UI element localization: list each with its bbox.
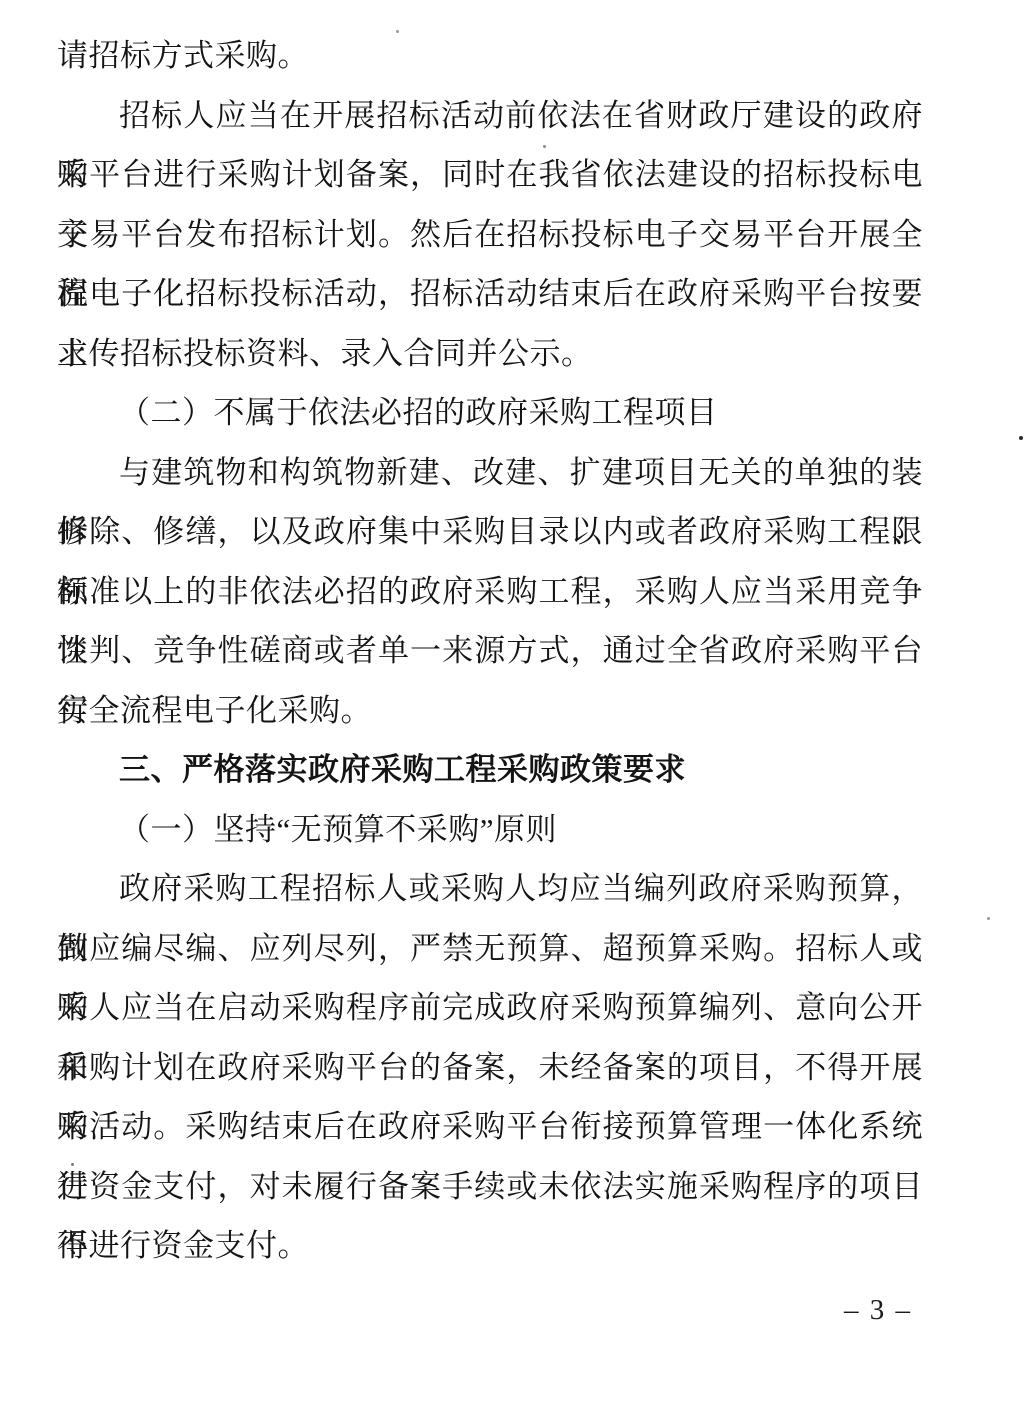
text-line: 交易平台发布招标计划。然后在招标投标电子交易平台开展全流: [57, 205, 923, 265]
text-line: 购活动。采购结束后在政府采购平台衔接预算管理一体化系统进: [57, 1097, 923, 1157]
document-body: 请招标方式采购。招标人应当在开展招标活动前依法在省财政厅建设的政府采购平台进行采…: [57, 26, 923, 1276]
text-line: 标准以上的非依法必招的政府采购工程，采购人应当采用竞争性: [57, 562, 923, 622]
text-line: 请招标方式采购。: [57, 26, 923, 86]
text-line: 招标人应当在开展招标活动前依法在省财政厅建设的政府采: [57, 86, 923, 146]
text-line: 购人应当在启动采购程序前完成政府采购预算编列、意向公开和: [57, 978, 923, 1038]
text-line: 政府采购工程招标人或采购人均应当编列政府采购预算，做: [57, 859, 923, 919]
scan-speck: [71, 1163, 74, 1166]
text-line: 上传招标投标资料、录入合同并公示。: [57, 324, 923, 384]
document-page: 请招标方式采购。招标人应当在开展招标活动前依法在省财政厅建设的政府采购平台进行采…: [0, 0, 1028, 1410]
scan-speck: [543, 145, 546, 148]
text-line: 到应编尽编、应列尽列，严禁无预算、超预算采购。招标人或采: [57, 919, 923, 979]
text-line: 得进行资金支付。: [57, 1216, 923, 1276]
text-line: 拆除、修缮，以及政府集中采购目录以内或者政府采购工程限额: [57, 502, 923, 562]
scan-speck: [396, 30, 399, 33]
text-line: 行资金支付，对未履行备案手续或未依法实施采购程序的项目不: [57, 1157, 923, 1217]
text-line: （一）坚持“无预算不采购”原则: [57, 800, 923, 860]
text-line: 行全流程电子化采购。: [57, 681, 923, 741]
text-line: 谈判、竞争性磋商或者单一来源方式，通过全省政府采购平台实: [57, 621, 923, 681]
heading-line: 三、严格落实政府采购工程采购政策要求: [57, 740, 923, 800]
text-line: （二）不属于依法必招的政府采购工程项目: [57, 383, 923, 443]
scan-speck: [1019, 436, 1023, 440]
text-line: 与建筑物和构筑物新建、改建、扩建项目无关的单独的装修、: [57, 443, 923, 503]
text-line: 购平台进行采购计划备案，同时在我省依法建设的招标投标电子: [57, 145, 923, 205]
text-line: 采购计划在政府采购平台的备案，未经备案的项目，不得开展采: [57, 1038, 923, 1098]
text-line: 程电子化招标投标活动，招标活动结束后在政府采购平台按要求: [57, 264, 923, 324]
page-number: – 3 –: [844, 1294, 912, 1327]
scan-speck: [987, 917, 990, 920]
